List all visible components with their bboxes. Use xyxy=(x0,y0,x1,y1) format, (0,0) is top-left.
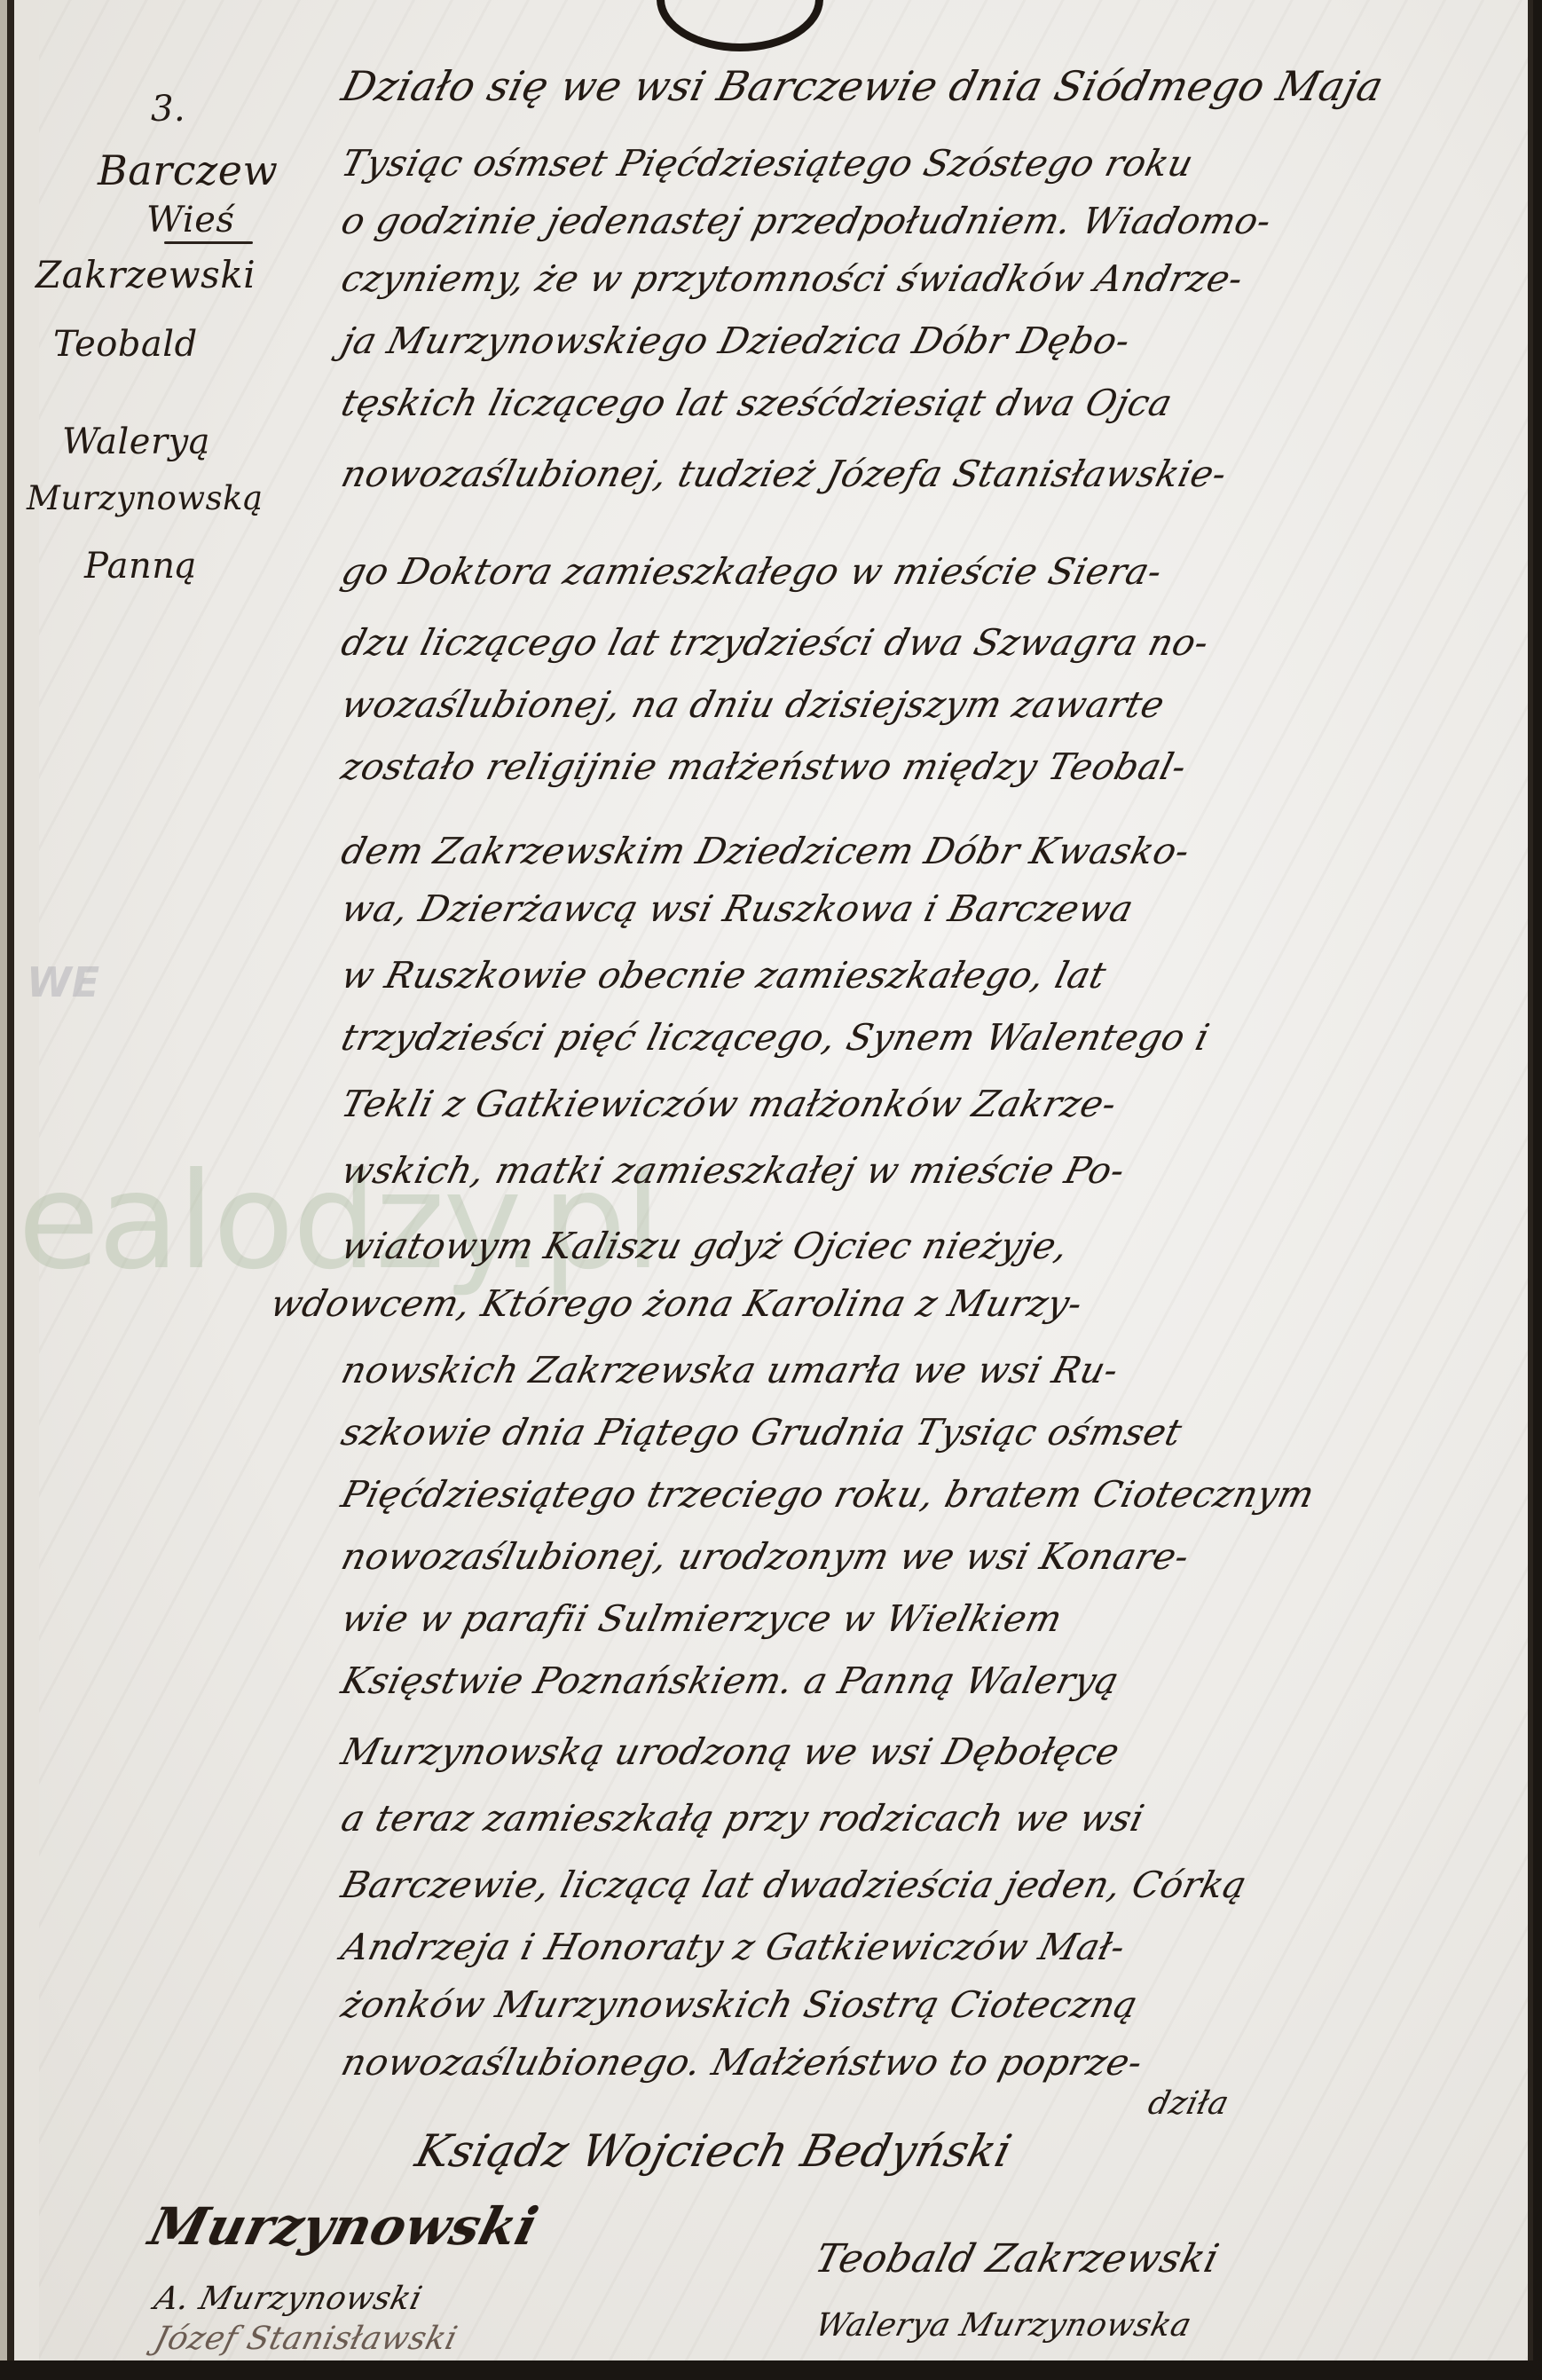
body-line: zostało religijnie małżeństwo między Teo… xyxy=(337,745,1191,788)
body-line: szkowie dnia Piątego Grudnia Tysiąc ośms… xyxy=(337,1411,1186,1454)
signature-priest: Ksiądz Wojciech Bedyński xyxy=(411,2125,1018,2177)
body-line: o godzinie jedenastej przedpołudniem. Wi… xyxy=(337,200,1276,242)
body-line: wiatowym Kaliszu gdyż Ojciec nieżyje, xyxy=(337,1225,1073,1267)
margin-place: Barczew xyxy=(98,146,278,194)
body-line: Tysiąc ośmset Pięćdziesiątego Szóstego r… xyxy=(337,142,1198,185)
body-line: dziła xyxy=(1145,2085,1232,2122)
signature-witness-main: Murzynowski xyxy=(144,2196,545,2257)
body-line: Działo się we wsi Barczewie dnia Siódmeg… xyxy=(337,62,1389,110)
body-line: dzu liczącego lat trzydzieści dwa Szwagr… xyxy=(337,621,1214,664)
body-line: wskich, matki zamieszkałej w mieście Po- xyxy=(337,1149,1129,1192)
signature-witness-2: Józef Stanisławski xyxy=(151,2321,461,2357)
body-line: go Doktora zamieszkałego w mieście Siera… xyxy=(337,550,1167,593)
body-line: Andrzeja i Honoraty z Gatkiewiczów Mał- xyxy=(337,1926,1129,1968)
body-line: Tekli z Gatkiewiczów małżonków Zakrze- xyxy=(337,1083,1121,1125)
body-line: wdowcem, Którego żona Karolina z Murzy- xyxy=(266,1282,1087,1325)
watermark-fragment-top: WE xyxy=(27,958,99,1006)
body-line: Księstwie Poznańskiem. a Panną Waleryą xyxy=(337,1659,1123,1702)
body-line: trzydzieści pięć liczącego, Synem Walent… xyxy=(337,1016,1214,1059)
signature-bride: Walerya Murzynowska xyxy=(812,2307,1195,2344)
document-page: WE ealodzy.pl 3. Barczew Wieś Zakrzewski… xyxy=(0,0,1533,2360)
body-line: tęskich liczącego lat sześćdziesiąt dwa … xyxy=(337,382,1176,424)
margin-bride-given: Waleryą xyxy=(62,422,210,462)
margin-place-type: Wieś xyxy=(146,200,234,240)
signature-witness-1: A. Murzynowski xyxy=(151,2281,426,2317)
body-line: nowozaślubionego. Małżeństwo to poprze- xyxy=(337,2041,1147,2084)
binding-ring xyxy=(657,0,823,51)
body-line: ja Murzynowskiego Dziedzica Dóbr Dębo- xyxy=(337,319,1135,362)
body-line: żonków Murzynowskich Siostrą Cioteczną xyxy=(337,1983,1142,2026)
body-line: wa, Dzierżawcą wsi Ruszkowa i Barczewa xyxy=(337,887,1138,930)
signature-groom: Teobald Zakrzewski xyxy=(811,2236,1223,2281)
margin-groom-given: Teobald xyxy=(53,324,198,365)
underline-decoration xyxy=(164,241,253,244)
page-bottom-edge xyxy=(0,2360,1542,2380)
body-line: dem Zakrzewskim Dziedzicem Dóbr Kwasko- xyxy=(337,830,1194,872)
margin-groom-surname: Zakrzewski xyxy=(35,253,256,296)
margin-bride-status: Panną xyxy=(84,546,197,587)
body-line: czyniemy, że w przytomności świadków And… xyxy=(337,257,1247,300)
body-line: nowozaślubionej, urodzonym we wsi Konare… xyxy=(337,1535,1194,1578)
entry-number: 3. xyxy=(151,89,185,130)
body-line: wozaślubionej, na dniu dzisiejszym zawar… xyxy=(337,683,1169,726)
body-line: Pięćdziesiątego trzeciego roku, bratem C… xyxy=(337,1473,1319,1516)
body-line: Murzynowską urodzoną we wsi Dębołęce xyxy=(337,1730,1124,1773)
body-line: nowskich Zakrzewska umarła we wsi Ru- xyxy=(337,1349,1123,1391)
margin-bride-surname: Murzynowską xyxy=(27,479,264,517)
body-line: nowozaślubionej, tudzież Józefa Stanisła… xyxy=(337,453,1231,495)
body-line: w Ruszkowie obecnie zamieszkałego, lat xyxy=(337,954,1111,997)
body-line: a teraz zamieszkałą przy rodzicach we ws… xyxy=(337,1797,1149,1840)
body-line: Barczewie, liczącą lat dwadzieścia jeden… xyxy=(337,1864,1251,1906)
body-line: wie w parafii Sulmierzyce w Wielkiem xyxy=(337,1597,1066,1640)
